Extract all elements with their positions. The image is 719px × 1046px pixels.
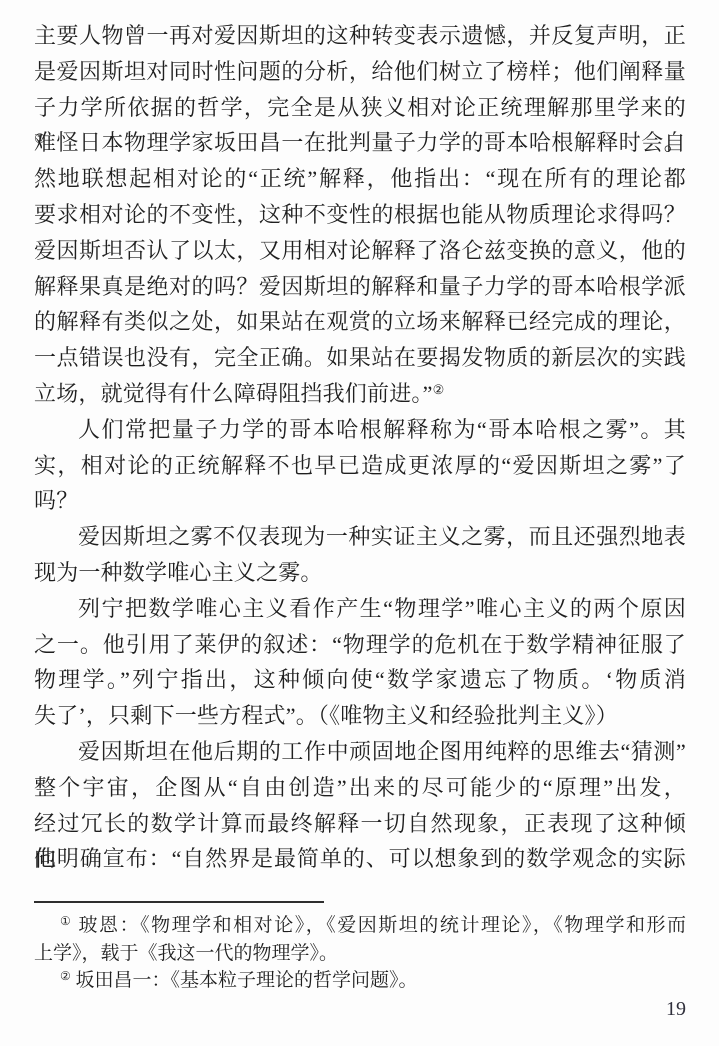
text-line: 实，相对论的正统解释不也早已造成更浓厚的“爱因斯坦之雾”了 <box>34 448 686 484</box>
text-line: 要求相对论的不变性，这种不变性的根据也能从物质理论求得吗？ <box>34 197 686 233</box>
text-line: 解释果真是绝对的吗？爱因斯坦的解释和量子力学的哥本哈根学派 <box>34 269 686 305</box>
footnotes: ① 玻恩：《物理学和相对论》，《爱因斯坦的统计理论》，《物理学和形而上学》，载于… <box>34 901 686 995</box>
text-line: 经过冗长的数学计算而最终解释一切自然现象，正表现了这种倾向。 <box>34 806 686 842</box>
text-line: 他明确宣布：“自然界是最简单的、可以想象到的数学观念的实际 <box>34 841 686 877</box>
text-line: ① 玻恩：《物理学和相对论》，《爱因斯坦的统计理论》，《物理学和形而 <box>34 912 686 940</box>
text-line: 然地联想起相对论的“正统”解释，他指出：“现在所有的理论都 <box>34 161 686 197</box>
text-line: 人们常把量子力学的哥本哈根解释称为“哥本哈根之雾”。其 <box>34 412 686 448</box>
text-line: 整个宇宙，企图从“自由创造”出来的尽可能少的“原理”出发， <box>34 770 686 806</box>
footnote-separator <box>34 901 324 903</box>
text-line: 失了’，只剩下一些方程式”。（《唯物主义和经验批判主义》） <box>34 698 686 734</box>
footnote-ref: ② <box>433 382 445 397</box>
text-line: 立场，就觉得有什么障碍阻挡我们前进。”② <box>34 376 686 412</box>
footnote-ref: ② <box>60 969 71 983</box>
text-line: 列宁把数学唯心主义看作产生“物理学”唯心主义的两个原因 <box>34 591 686 627</box>
footnote-ref: ① <box>60 914 72 928</box>
text-line: 现为一种数学唯心主义之雾。 <box>34 555 686 591</box>
text-line: 是爱因斯坦对同时性问题的分析，给他们树立了榜样；他们阐释量 <box>34 54 686 90</box>
text-line: 主要人物曾一再对爱因斯坦的这种转变表示遗憾，并反复声明，正 <box>34 18 686 54</box>
text-line: 爱因斯坦之雾不仅表现为一种实证主义之雾，而且还强烈地表 <box>34 519 686 555</box>
text-line: 上学》，载于《我这一代的物理学》。 <box>34 940 686 968</box>
text-line: 的解释有类似之处，如果站在观赏的立场来解释已经完成的理论， <box>34 304 686 340</box>
text-line: 物理学。”列宁指出，这种倾向使“数学家遗忘了物质。‘物质消 <box>34 662 686 698</box>
page-number: 19 <box>666 996 686 1022</box>
text-line: 子力学所依据的哲学，完全是从狭义相对论正统理解那里学来的①。 <box>34 90 686 126</box>
text-line: 之一。他引用了莱伊的叙述：“物理学的危机在于数学精神征服了 <box>34 627 686 663</box>
text-line: 爱因斯坦否认了以太，又用相对论解释了洛仑兹变换的意义，他的 <box>34 233 686 269</box>
book-page: 主要人物曾一再对爱因斯坦的这种转变表示遗憾，并反复声明，正是爱因斯坦对同时性问题… <box>0 0 719 1046</box>
body-text: 主要人物曾一再对爱因斯坦的这种转变表示遗憾，并反复声明，正是爱因斯坦对同时性问题… <box>34 18 686 877</box>
text-line: 爱因斯坦在他后期的工作中顽固地企图用纯粹的思维去“猜测” <box>34 734 686 770</box>
text-line: ② 坂田昌一：《基本粒子理论的哲学问题》。 <box>34 967 686 995</box>
text-line: 难怪日本物理学家坂田昌一在批判量子力学的哥本哈根解释时会自 <box>34 125 686 161</box>
text-line: 吗？ <box>34 483 686 519</box>
footnote-list: ① 玻恩：《物理学和相对论》，《爱因斯坦的统计理论》，《物理学和形而上学》，载于… <box>34 912 686 995</box>
text-line: 一点错误也没有，完全正确。如果站在要揭发物质的新层次的实践 <box>34 340 686 376</box>
